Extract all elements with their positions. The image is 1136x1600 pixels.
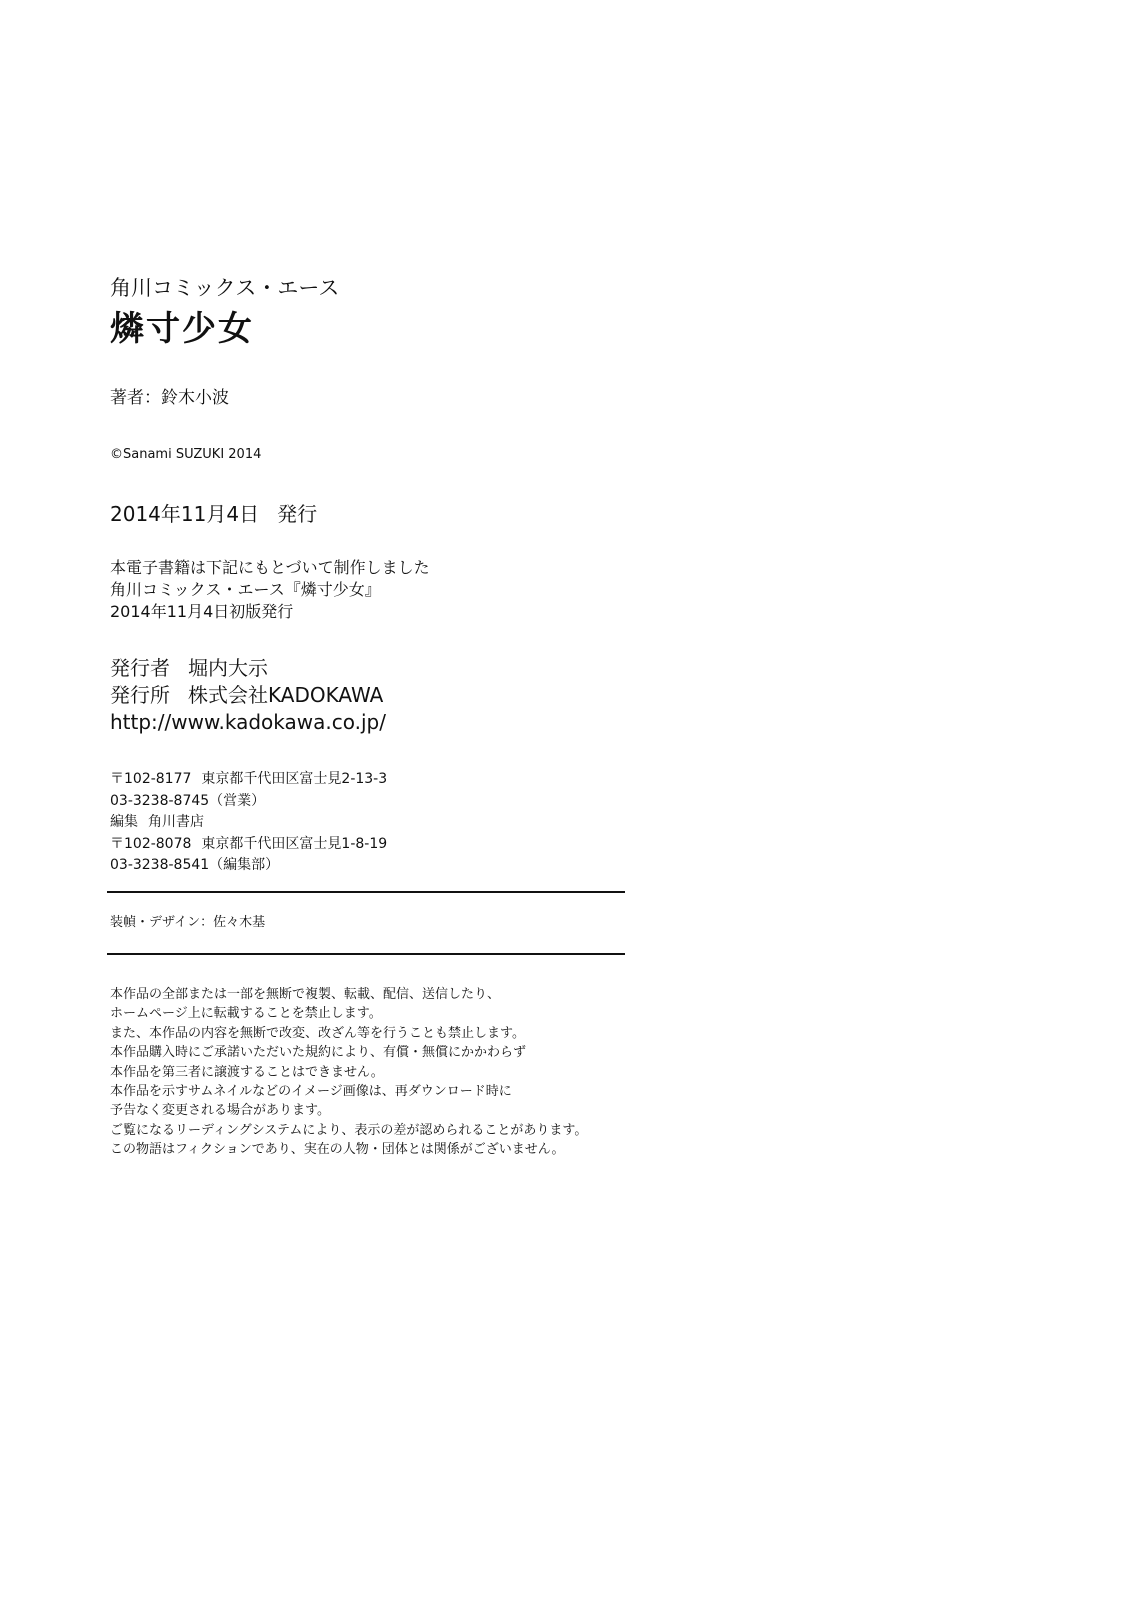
- legal-notice: 本作品の全部または一部を無断で複製、転載、配信、送信したり、 ホームページ上に転…: [110, 985, 587, 1160]
- editorial-address-row: 〒102-8078東京都千代田区富士見1-8-19: [110, 834, 387, 856]
- notice-line: ご覧になるリーディングシステムにより、表示の差が認められることがあります。: [110, 1121, 587, 1140]
- publication-date-value: 2014年11月4日: [110, 502, 259, 526]
- ebook-note-line: 2014年11月4日初版発行: [110, 601, 430, 623]
- issuer-row: 発行者堀内大示: [110, 655, 386, 682]
- editorial-row: 編集角川書店: [110, 812, 387, 834]
- sales-address-row: 〒102-8177東京都千代田区富士見2-13-3: [110, 769, 387, 791]
- publishing-house-label: 発行所: [110, 683, 170, 707]
- notice-line: 予告なく変更される場合があります。: [110, 1101, 587, 1120]
- address-block: 〒102-8177東京都千代田区富士見2-13-3 03-3238-8745（営…: [110, 769, 387, 877]
- notice-line: 本作品を示すサムネイルなどのイメージ画像は、再ダウンロード時に: [110, 1082, 587, 1101]
- publisher-url: http://www.kadokawa.co.jp/: [110, 709, 386, 736]
- book-title: 燐寸少女: [110, 308, 254, 350]
- sales-postal-code: 〒102-8177: [110, 771, 191, 787]
- editorial-phone: 03-3238-8541（編集部）: [110, 855, 387, 877]
- divider-top: [107, 891, 625, 893]
- sales-phone: 03-3238-8745（営業）: [110, 791, 387, 813]
- ebook-note-line: 角川コミックス・エース『燐寸少女』: [110, 579, 430, 601]
- notice-line: 本作品購入時にご承諾いただいた規約により、有償・無償にかかわらず: [110, 1043, 587, 1062]
- notice-line: また、本作品の内容を無断で改変、改ざん等を行うことも禁止します。: [110, 1024, 587, 1043]
- publishing-house-row: 発行所株式会社KADOKAWA: [110, 682, 386, 709]
- author-name: 鈴木小波: [161, 388, 229, 408]
- issuer-label: 発行者: [110, 656, 170, 680]
- publisher-info: 発行者堀内大示 発行所株式会社KADOKAWA http://www.kadok…: [110, 655, 386, 736]
- issuer-name: 堀内大示: [188, 656, 268, 680]
- notice-line: ホームページ上に転載することを禁止します。: [110, 1004, 587, 1023]
- design-credit: 装幀・デザイン：佐々木基: [110, 913, 265, 933]
- editorial-name: 角川書店: [148, 814, 204, 830]
- ebook-source-note: 本電子書籍は下記にもとづいて制作しました 角川コミックス・エース『燐寸少女』 2…: [110, 557, 430, 623]
- publishing-house-name: 株式会社KADOKAWA: [188, 683, 383, 707]
- sales-address: 東京都千代田区富士見2-13-3: [201, 771, 387, 787]
- divider-bottom: [107, 953, 625, 955]
- notice-line: 本作品の全部または一部を無断で複製、転載、配信、送信したり、: [110, 985, 587, 1004]
- ebook-note-line: 本電子書籍は下記にもとづいて制作しました: [110, 557, 430, 579]
- author-label: 著者：: [110, 388, 161, 408]
- editorial-postal-code: 〒102-8078: [110, 836, 191, 852]
- editorial-label: 編集: [110, 814, 138, 830]
- author-credit: 著者：鈴木小波: [110, 386, 229, 410]
- publication-date: 2014年11月4日発行: [110, 500, 317, 528]
- editorial-address: 東京都千代田区富士見1-8-19: [201, 836, 387, 852]
- publication-label: 発行: [277, 502, 317, 526]
- notice-line: 本作品を第三者に譲渡することはできません。: [110, 1063, 587, 1082]
- series-label: 角川コミックス・エース: [110, 274, 339, 302]
- notice-line: この物語はフィクションであり、実在の人物・団体とは関係がございません。: [110, 1140, 587, 1159]
- copyright-notice: ©Sanami SUZUKI 2014: [110, 446, 261, 464]
